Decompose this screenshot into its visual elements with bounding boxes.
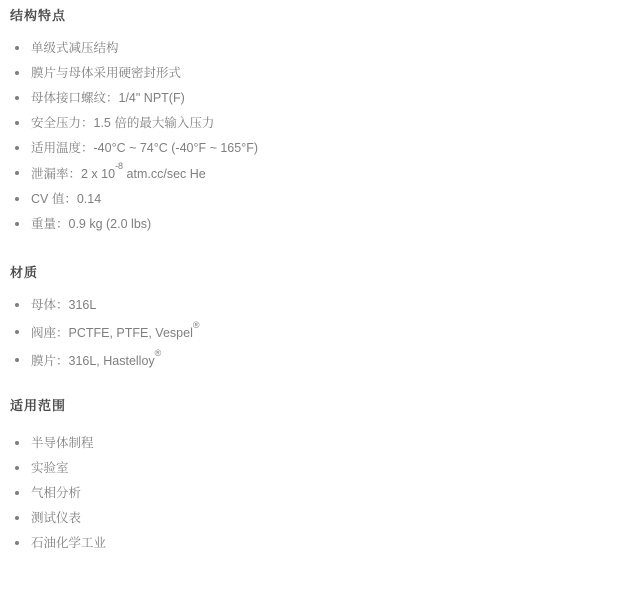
section-title: 适用范围: [10, 399, 635, 413]
bullet-icon: [15, 171, 19, 175]
section-materials: 材质 母体：316L 阀座：PCTFE, PTFE, Vespel® 膜片：31…: [10, 266, 635, 368]
bullet-icon: [15, 358, 19, 362]
bullet-icon: [15, 330, 19, 334]
bullet-icon: [15, 441, 19, 445]
section-applications: 适用范围 半导体制程 实验室 气相分析 测试仪表 石油化学工业: [10, 399, 635, 550]
list-item-text: 半导体制程: [31, 436, 94, 450]
list-item-text: 膜片：316L, Hastelloy®: [31, 353, 161, 368]
list-item-text: 母体：316L: [31, 298, 96, 312]
list-item: 膜片：316L, Hastelloy®: [10, 353, 635, 368]
list-item-text: 母体接口螺纹：1/4" NPT(F): [31, 91, 185, 105]
superscript-exponent: -8: [115, 161, 123, 171]
material-list: 母体：316L 阀座：PCTFE, PTFE, Vespel® 膜片：316L,…: [10, 298, 635, 368]
spec-document-page: 结构特点 单级式减压结构 膜片与母体采用硬密封形式 母体接口螺纹：1/4" NP…: [0, 0, 635, 550]
list-item: 气相分析: [10, 486, 635, 500]
list-item: 膜片与母体采用硬密封形式: [10, 66, 635, 80]
list-item-text: 气相分析: [31, 486, 81, 500]
feature-list: 单级式减压结构 膜片与母体采用硬密封形式 母体接口螺纹：1/4" NPT(F) …: [10, 41, 635, 231]
list-item-text: 重量：0.9 kg (2.0 lbs): [31, 217, 151, 231]
section-title: 材质: [10, 266, 635, 280]
list-item-text: 安全压力：1.5 倍的最大输入压力: [31, 116, 214, 130]
bullet-icon: [15, 466, 19, 470]
registered-trademark-icon: ®: [193, 320, 200, 330]
list-item: 半导体制程: [10, 436, 635, 450]
bullet-icon: [15, 146, 19, 150]
list-item: 母体接口螺纹：1/4" NPT(F): [10, 91, 635, 105]
seat-material-text: 阀座：PCTFE, PTFE, Vespel: [31, 326, 193, 340]
application-list: 半导体制程 实验室 气相分析 测试仪表 石油化学工业: [10, 436, 635, 550]
bullet-icon: [15, 96, 19, 100]
list-item-text: CV 值：0.14: [31, 192, 101, 206]
leak-rate-prefix: 泄漏率：2 x 10: [31, 167, 115, 181]
bullet-icon: [15, 516, 19, 520]
list-item: CV 值：0.14: [10, 192, 635, 206]
list-item-text: 测试仪表: [31, 511, 81, 525]
bullet-icon: [15, 197, 19, 201]
bullet-icon: [15, 491, 19, 495]
bullet-icon: [15, 71, 19, 75]
bullet-icon: [15, 222, 19, 226]
leak-rate-suffix: atm.cc/sec He: [123, 167, 206, 181]
bullet-icon: [15, 46, 19, 50]
bullet-icon: [15, 303, 19, 307]
list-item: 适用温度：-40°C ~ 74°C (-40°F ~ 165°F): [10, 141, 635, 155]
list-item: 石油化学工业: [10, 536, 635, 550]
bullet-icon: [15, 541, 19, 545]
list-item-text: 实验室: [31, 461, 69, 475]
list-item: 实验室: [10, 461, 635, 475]
list-item: 测试仪表: [10, 511, 635, 525]
list-item: 安全压力：1.5 倍的最大输入压力: [10, 116, 635, 130]
registered-trademark-icon: ®: [155, 348, 162, 358]
section-title: 结构特点: [10, 9, 635, 23]
list-item-text: 适用温度：-40°C ~ 74°C (-40°F ~ 165°F): [31, 141, 258, 155]
list-item: 泄漏率：2 x 10-8 atm.cc/sec He: [10, 166, 635, 181]
list-item-text: 石油化学工业: [31, 536, 106, 550]
section-structural-features: 结构特点 单级式减压结构 膜片与母体采用硬密封形式 母体接口螺纹：1/4" NP…: [10, 9, 635, 231]
list-item: 阀座：PCTFE, PTFE, Vespel®: [10, 325, 635, 340]
list-item-text: 单级式减压结构: [31, 41, 119, 55]
list-item-text: 泄漏率：2 x 10-8 atm.cc/sec He: [31, 166, 206, 181]
list-item-text: 膜片与母体采用硬密封形式: [31, 66, 181, 80]
list-item: 母体：316L: [10, 298, 635, 312]
bullet-icon: [15, 121, 19, 125]
list-item: 单级式减压结构: [10, 41, 635, 55]
diaphragm-material-text: 膜片：316L, Hastelloy: [31, 354, 155, 368]
list-item: 重量：0.9 kg (2.0 lbs): [10, 217, 635, 231]
list-item-text: 阀座：PCTFE, PTFE, Vespel®: [31, 325, 199, 340]
